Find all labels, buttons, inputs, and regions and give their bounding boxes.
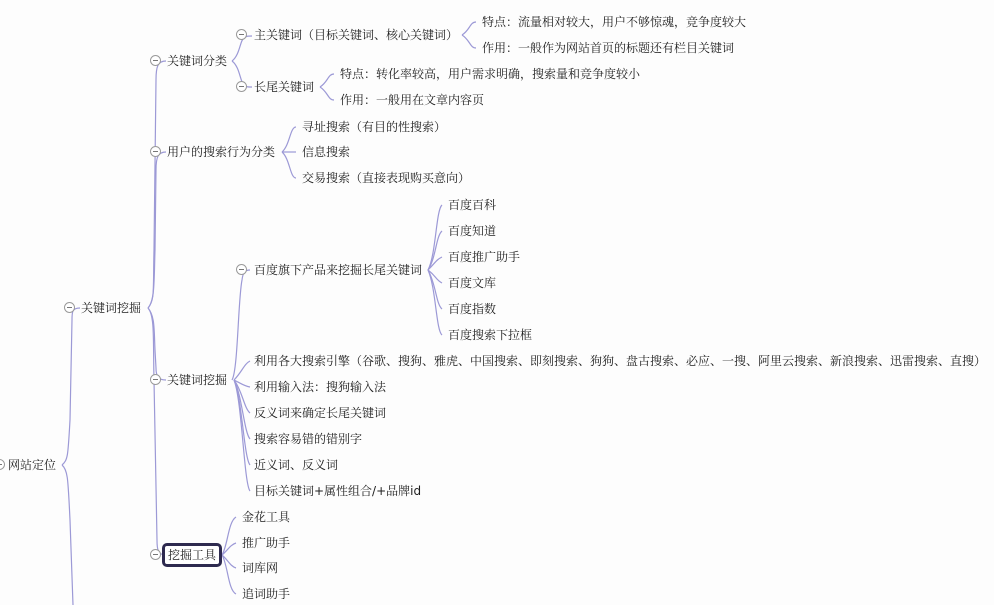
- node-mining-item[interactable]: 反义词来确定长尾关键词: [254, 405, 386, 421]
- node-behavior-item[interactable]: 交易搜索（直接表现购买意向）: [302, 170, 470, 186]
- collapse-toggle-longtail[interactable]: [236, 81, 247, 92]
- node-baidu-item[interactable]: 百度文库: [448, 275, 496, 291]
- node-mining-tools-selected[interactable]: 挖掘工具: [162, 543, 222, 567]
- node-longtail-trait[interactable]: 特点：转化率较高，用户需求明确，搜索量和竞争度较小: [340, 66, 640, 82]
- node-longtail-usage[interactable]: 作用：一般用在文章内容页: [340, 92, 484, 108]
- node-behavior-item[interactable]: 寻址搜索（有目的性搜索）: [302, 119, 446, 135]
- node-tool-item[interactable]: 推广助手: [242, 535, 290, 551]
- collapse-toggle-main[interactable]: [236, 29, 247, 40]
- collapse-toggle-tools[interactable]: [150, 549, 161, 560]
- node-main-trait[interactable]: 特点：流量相对较大，用户不够惊魂，竞争度较大: [482, 14, 746, 30]
- node-keyword-mining[interactable]: 关键词挖掘: [167, 372, 227, 388]
- node-tool-item[interactable]: 追词助手: [242, 586, 290, 602]
- node-longtail-keyword[interactable]: 长尾关键词: [254, 79, 314, 95]
- node-main-keyword[interactable]: 主关键词（目标关键词、核心关键词）: [254, 27, 458, 43]
- node-baidu-products[interactable]: 百度旗下产品来挖掘长尾关键词: [254, 262, 422, 278]
- node-baidu-item[interactable]: 百度百科: [448, 197, 496, 213]
- node-baidu-item[interactable]: 百度搜索下拉框: [448, 327, 532, 343]
- node-search-behavior[interactable]: 用户的搜索行为分类: [167, 144, 275, 160]
- collapse-toggle-behavior[interactable]: [150, 146, 161, 157]
- node-behavior-item[interactable]: 信息搜索: [302, 144, 350, 160]
- node-main-usage[interactable]: 作用：一般作为网站首页的标题还有栏目关键词: [482, 40, 734, 56]
- collapse-toggle-mining[interactable]: [150, 374, 161, 385]
- node-tool-item[interactable]: 词库网: [242, 560, 278, 576]
- node-mining-item[interactable]: 目标关键词+属性组合/+品牌id: [254, 483, 421, 499]
- connector-lines: [0, 0, 994, 605]
- node-mining-item[interactable]: 利用各大搜索引擎（谷歌、搜狗、雅虎、中国搜索、即刻搜索、狗狗、盘古搜索、必应、一…: [254, 353, 986, 369]
- node-baidu-item[interactable]: 百度知道: [448, 223, 496, 239]
- node-baidu-item[interactable]: 百度推广助手: [448, 249, 520, 265]
- node-keyword-mining-l1[interactable]: 关键词挖掘: [81, 300, 141, 316]
- node-mining-item[interactable]: 近义词、反义词: [254, 457, 338, 473]
- node-keyword-category[interactable]: 关键词分类: [167, 53, 227, 69]
- node-tool-item[interactable]: 金花工具: [242, 509, 290, 525]
- collapse-toggle-category[interactable]: [150, 55, 161, 66]
- node-root[interactable]: 网站定位: [8, 457, 56, 473]
- node-mining-item[interactable]: 利用输入法：搜狗输入法: [254, 379, 386, 395]
- collapse-toggle-root[interactable]: [0, 459, 5, 470]
- node-baidu-item[interactable]: 百度指数: [448, 301, 496, 317]
- collapse-toggle-l1[interactable]: [64, 302, 75, 313]
- node-mining-item[interactable]: 搜索容易错的错别字: [254, 431, 362, 447]
- collapse-toggle-baidu[interactable]: [236, 264, 247, 275]
